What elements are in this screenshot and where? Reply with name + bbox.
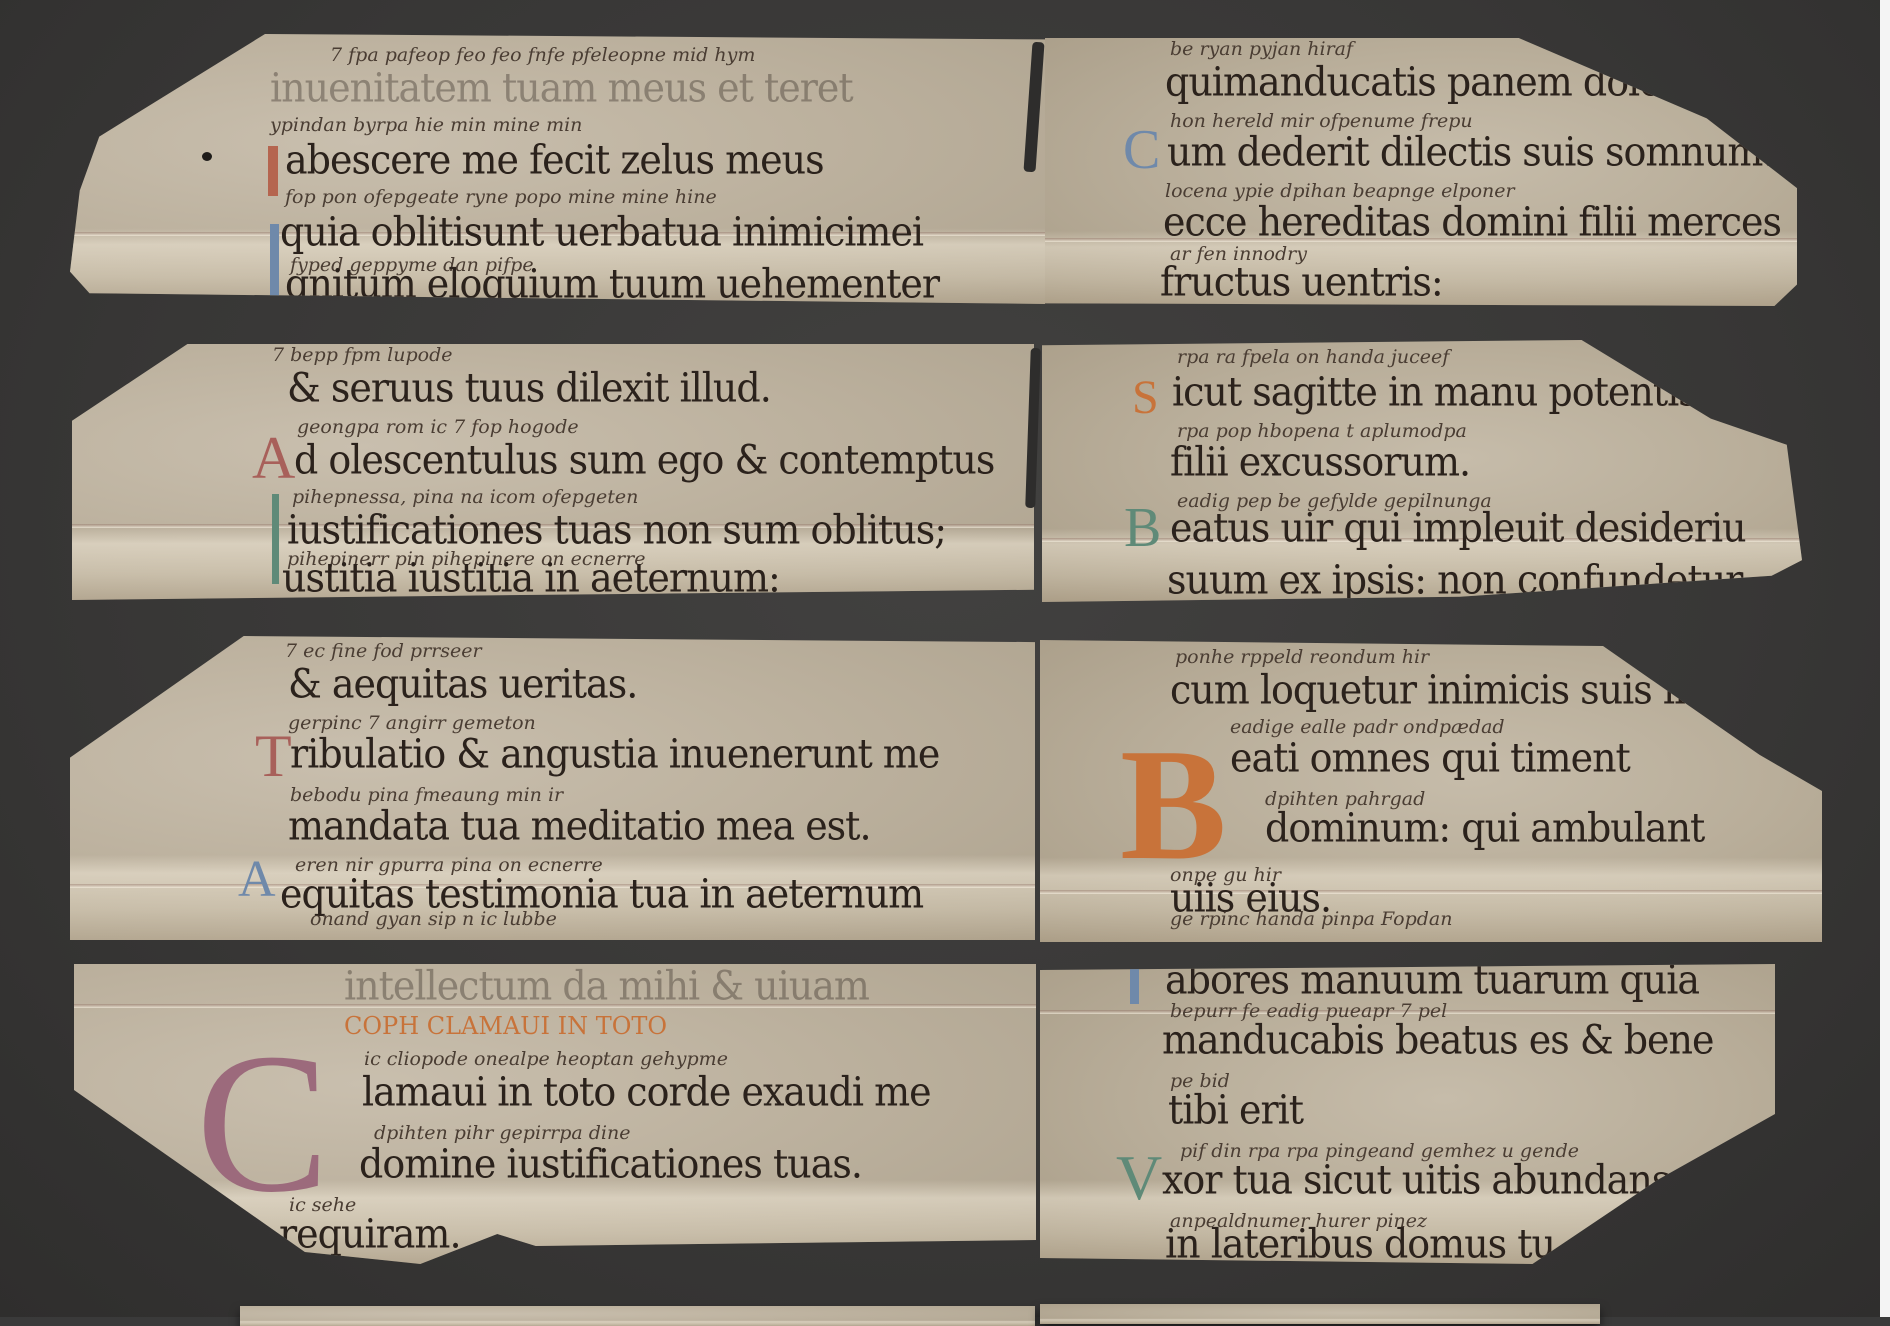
strip-5-right-partial (1040, 1304, 1600, 1317)
gloss-line: ge rpinc handa pinpa Fopdan (1170, 908, 1453, 930)
gloss-line: onand gyan sip n ic lubbe (310, 908, 557, 930)
gloss-line: geongpa rom ic 7 fop hogode (297, 416, 579, 438)
latin-line: ribulatio & angustia inuenerunt me (290, 731, 939, 777)
latin-line: requiram. (279, 1211, 461, 1257)
latin-line: d olescentulus sum ego & contemptus (294, 437, 994, 483)
latin-line: & seruus tuus dilexit illud. (287, 365, 771, 411)
latin-line: tibi erit (1168, 1087, 1303, 1133)
latin-line: quia oblitisunt uerbatua inimicimei (280, 209, 923, 255)
gloss-line: be ryan pyjan hiraf (1170, 38, 1353, 60)
green-initial-B: B (1124, 500, 1161, 556)
blue-initial-I (270, 224, 279, 299)
orange-initial-B: B (1120, 724, 1227, 884)
gloss-line: 7 fpa pafeop feo feo fnfe pfeleopne mid … (330, 44, 755, 66)
latin-line: & aequitas ueritas. (288, 661, 637, 707)
strip-2-left: 7 bepp fpm lupode & seruus tuus dilexit … (72, 344, 1034, 600)
latin-line: inuenitatem tuam meus et teret (270, 65, 853, 111)
gloss-line: fop pon ofepgeate ryne popo mine mine hi… (285, 186, 717, 208)
latin-line: ecce hereditas domini filii merces (1163, 199, 1781, 245)
strip-5-left-partial (240, 1306, 1035, 1317)
gloss-line: ponhe rppeld reondum hir (1175, 646, 1429, 668)
green-initial-V: V (1116, 1146, 1162, 1210)
latin-line: manducabis beatus es & bene (1162, 1017, 1714, 1063)
gloss-line: pihepnessa, pina na icom ofepgeten (292, 486, 638, 508)
latin-line: filii excussorum. (1170, 439, 1470, 485)
latin-line: lamaui in toto corde exaudi me (362, 1069, 931, 1115)
latin-line: xor tua sicut uitis abundans (1162, 1157, 1670, 1203)
blue-initial-A: A (238, 854, 276, 906)
worm-hole (202, 152, 212, 161)
latin-line: dominum: qui ambulant (1265, 805, 1704, 851)
latin-line: eati omnes qui timent (1230, 735, 1630, 781)
gloss-line: ic cliopode onealpe heoptan gehypme (364, 1048, 728, 1070)
latin-line: mandata tua meditatio mea est. (288, 803, 871, 849)
green-initial-I (272, 494, 279, 584)
gloss-line: rpa ra fpela on handa juceef (1177, 346, 1449, 368)
latin-line: icut sagitte in manu potentis (1172, 369, 1697, 415)
blue-initial-C: C (1123, 122, 1160, 178)
red-initial-T: T (255, 726, 292, 786)
red-initial-A: A (252, 428, 295, 488)
red-initial-I (268, 146, 278, 196)
orange-initial-S: S (1132, 374, 1159, 422)
strip-1-left: 7 fpa pafeop feo feo fnfe pfeleopne mid … (70, 34, 1045, 304)
latin-line: eatus uir qui impleuit desideriu (1170, 505, 1746, 551)
blue-initial-L (1130, 964, 1139, 1004)
latin-line: abescere me fecit zelus meus (285, 137, 824, 183)
rubric-line: COPH CLAMAUI IN TOTO (344, 1012, 667, 1040)
latin-line: fructus uentris: (1160, 259, 1443, 305)
gloss-line: 7 ec fine fod prrseer (285, 640, 482, 662)
latin-line: in lateribus domus tu (1165, 1221, 1555, 1267)
latin-line: um dederit dilectis suis somnum: (1167, 129, 1774, 175)
latin-line: intellectum da mihi & uiuam (344, 963, 869, 1009)
latin-line: iustificationes tuas non sum oblitus; (287, 507, 946, 553)
gloss-line: 7 bepp fpm lupode (272, 344, 452, 366)
latin-line: domine iustificationes tuas. (359, 1141, 862, 1187)
gloss-line: ypindan byrpa hie min mine min (270, 114, 582, 136)
strip-3-left: 7 ec fine fod prrseer & aequitas ueritas… (70, 636, 1035, 940)
